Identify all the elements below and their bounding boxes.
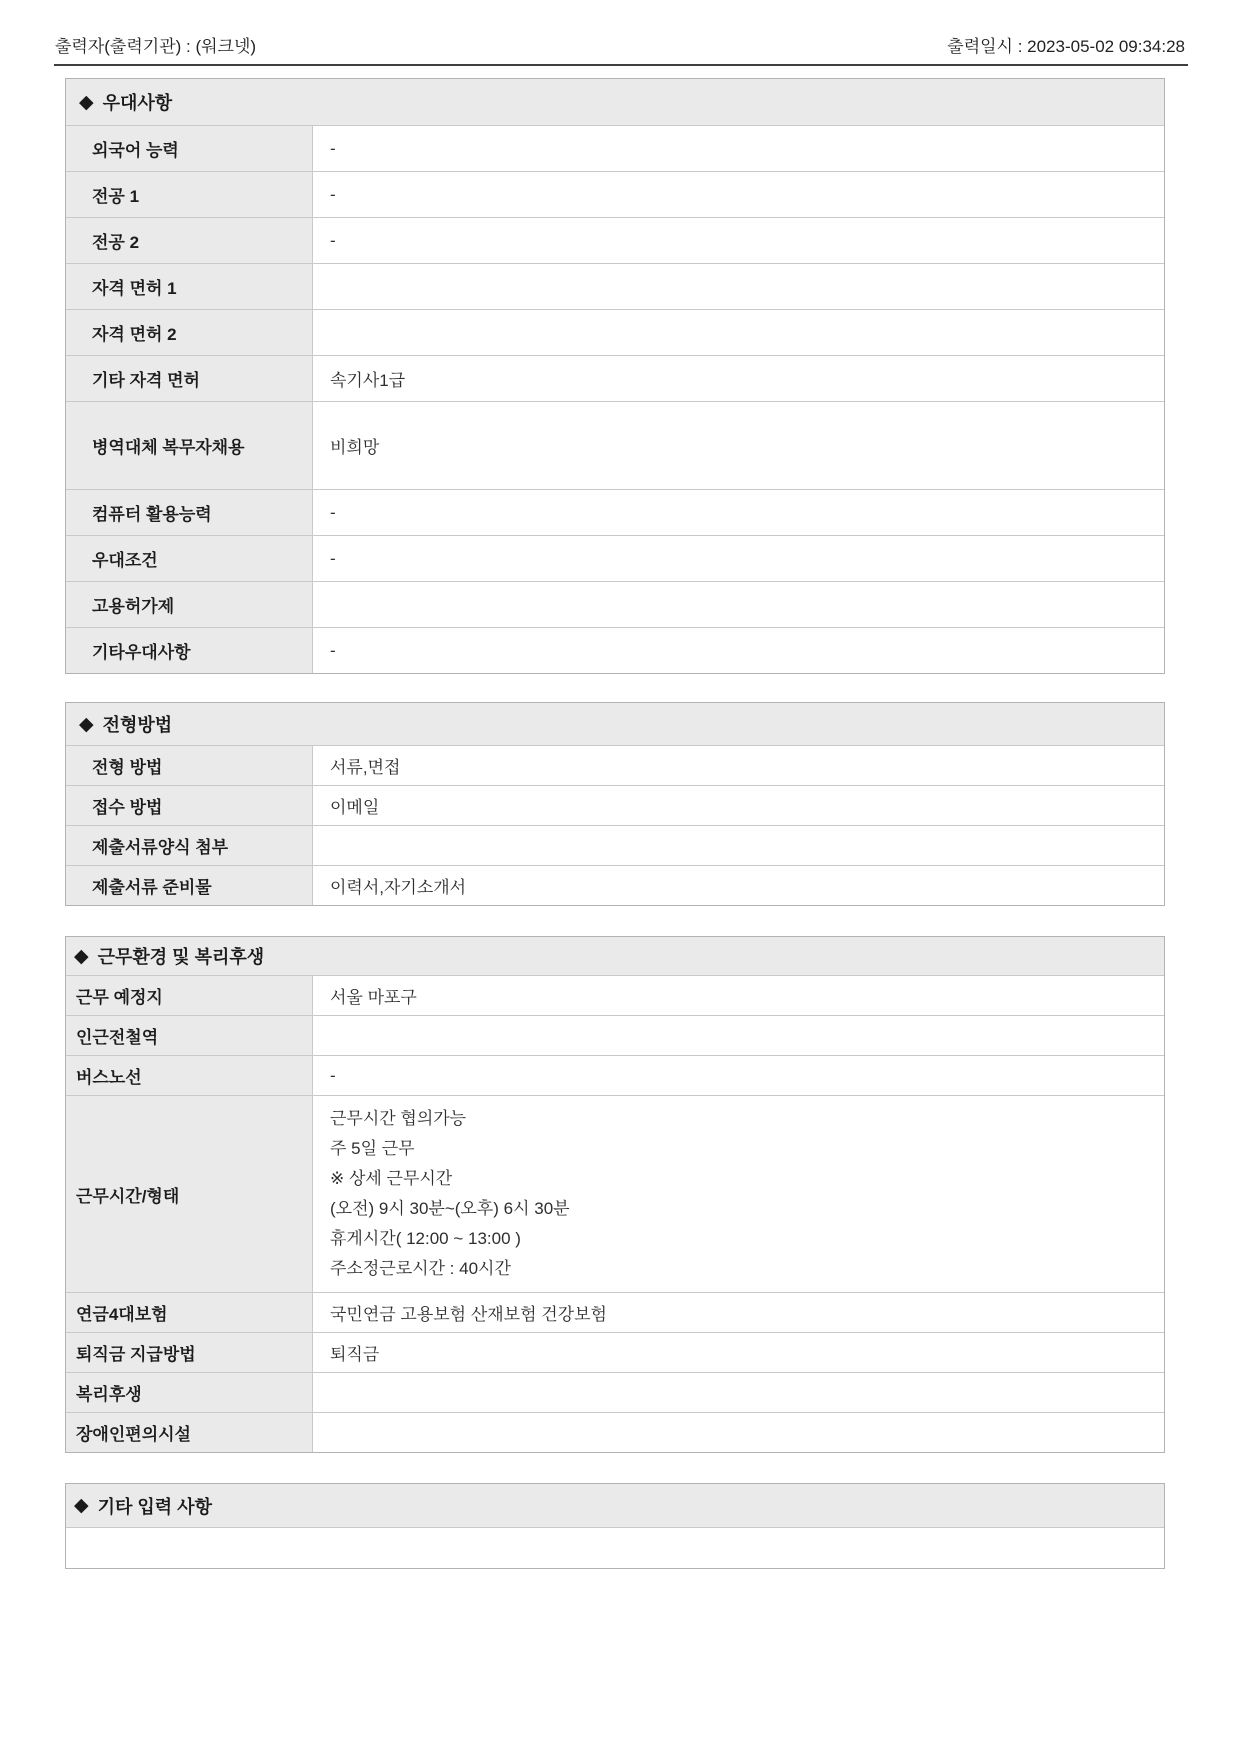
row-value: - xyxy=(313,490,1164,535)
row-label: 외국어 능력 xyxy=(66,126,313,171)
row-label: 자격 면허 1 xyxy=(66,264,313,309)
row-value: 퇴직금 xyxy=(313,1333,1164,1372)
section-title: ◆ 근무환경 및 복리후생 xyxy=(66,937,1164,975)
row-value xyxy=(313,1373,1164,1412)
row-value: 비희망 xyxy=(313,402,1164,489)
work-hours-line: (오전) 9시 30분~(오후) 6시 30분 xyxy=(330,1194,1164,1224)
work-hours-line: 휴게시간( 12:00 ~ 13:00 ) xyxy=(330,1224,1164,1254)
row-label: 버스노선 xyxy=(66,1056,313,1095)
row-label: 연금4대보험 xyxy=(66,1293,313,1332)
printed-at-text: 출력일시 : 2023-05-02 09:34:28 xyxy=(947,32,1185,57)
row-label: 인근전철역 xyxy=(66,1016,313,1055)
row-value: 근무시간 협의가능 주 5일 근무 ※ 상세 근무시간 (오전) 9시 30분~… xyxy=(313,1096,1164,1292)
row-label: 근무시간/형태 xyxy=(66,1096,313,1292)
table-row: 버스노선 - xyxy=(66,1055,1164,1095)
table-row: 인근전철역 xyxy=(66,1015,1164,1055)
row-value xyxy=(66,1528,1164,1568)
section-other-input: ◆ 기타 입력 사항 xyxy=(65,1483,1165,1569)
table-row: 제출서류 준비물 이력서,자기소개서 xyxy=(66,865,1164,905)
row-label: 자격 면허 2 xyxy=(66,310,313,355)
printed-by-text: 출력자(출력기관) : (워크넷) xyxy=(55,32,256,57)
section-work-environment: ◆ 근무환경 및 복리후생 근무 예정지 서울 마포구 인근전철역 버스노선 -… xyxy=(65,936,1165,1453)
row-value: - xyxy=(313,1056,1164,1095)
section-title: ◆ 기타 입력 사항 xyxy=(66,1484,1164,1527)
table-row: 외국어 능력 - xyxy=(66,125,1164,171)
table-row: 컴퓨터 활용능력 - xyxy=(66,489,1164,535)
table-row: 장애인편의시설 xyxy=(66,1412,1164,1452)
page-header: 출력자(출력기관) : (워크넷) 출력일시 : 2023-05-02 09:3… xyxy=(55,32,1185,57)
row-label: 장애인편의시설 xyxy=(66,1413,313,1452)
row-value xyxy=(313,826,1164,865)
table-row: 병역대체 복무자채용 비희망 xyxy=(66,401,1164,489)
row-label: 전형 방법 xyxy=(66,746,313,785)
work-hours-line: 주 5일 근무 xyxy=(330,1134,1164,1164)
row-label: 복리후생 xyxy=(66,1373,313,1412)
table-row: 우대조건 - xyxy=(66,535,1164,581)
row-value: - xyxy=(313,126,1164,171)
row-label: 병역대체 복무자채용 xyxy=(66,402,313,489)
row-label: 퇴직금 지급방법 xyxy=(66,1333,313,1372)
table-row: 전형 방법 서류,면접 xyxy=(66,745,1164,785)
diamond-icon: ◆ xyxy=(79,91,94,114)
table-row: 기타우대사항 - xyxy=(66,627,1164,673)
row-value: 이력서,자기소개서 xyxy=(313,866,1164,905)
row-label: 제출서류 준비물 xyxy=(66,866,313,905)
row-value: - xyxy=(313,172,1164,217)
document-body: ◆ 우대사항 외국어 능력 - 전공 1 - 전공 2 - 자격 면허 1 자격… xyxy=(65,78,1165,1569)
diamond-icon: ◆ xyxy=(74,945,89,968)
table-row: 복리후생 xyxy=(66,1372,1164,1412)
row-label: 기타 자격 면허 xyxy=(66,356,313,401)
work-hours-line: ※ 상세 근무시간 xyxy=(330,1164,1164,1194)
section-preferences: ◆ 우대사항 외국어 능력 - 전공 1 - 전공 2 - 자격 면허 1 자격… xyxy=(65,78,1165,674)
section-title-text: 근무환경 및 복리후생 xyxy=(98,943,265,969)
table-row: 접수 방법 이메일 xyxy=(66,785,1164,825)
table-row: 고용허가제 xyxy=(66,581,1164,627)
row-value xyxy=(313,582,1164,627)
table-row: 기타 자격 면허 속기사1급 xyxy=(66,355,1164,401)
table-row xyxy=(66,1527,1164,1568)
row-value: 서류,면접 xyxy=(313,746,1164,785)
row-label: 제출서류양식 첨부 xyxy=(66,826,313,865)
section-title-text: 우대사항 xyxy=(103,89,173,115)
row-label: 근무 예정지 xyxy=(66,976,313,1015)
section-selection-method: ◆ 전형방법 전형 방법 서류,면접 접수 방법 이메일 제출서류양식 첨부 제… xyxy=(65,702,1165,906)
row-value xyxy=(313,1016,1164,1055)
table-row: 근무시간/형태 근무시간 협의가능 주 5일 근무 ※ 상세 근무시간 (오전)… xyxy=(66,1095,1164,1292)
row-value xyxy=(313,310,1164,355)
table-row: 근무 예정지 서울 마포구 xyxy=(66,975,1164,1015)
row-label: 고용허가제 xyxy=(66,582,313,627)
table-row: 자격 면허 1 xyxy=(66,263,1164,309)
row-value: - xyxy=(313,628,1164,673)
row-value: 이메일 xyxy=(313,786,1164,825)
row-value: - xyxy=(313,218,1164,263)
work-hours-line: 근무시간 협의가능 xyxy=(330,1104,1164,1134)
row-value xyxy=(313,1413,1164,1452)
row-value: 속기사1급 xyxy=(313,356,1164,401)
row-label: 접수 방법 xyxy=(66,786,313,825)
table-row: 전공 1 - xyxy=(66,171,1164,217)
table-row: 자격 면허 2 xyxy=(66,309,1164,355)
row-label: 전공 2 xyxy=(66,218,313,263)
row-value xyxy=(313,264,1164,309)
row-value: 국민연금 고용보험 산재보험 건강보험 xyxy=(313,1293,1164,1332)
row-label: 전공 1 xyxy=(66,172,313,217)
table-row: 연금4대보험 국민연금 고용보험 산재보험 건강보험 xyxy=(66,1292,1164,1332)
row-label: 우대조건 xyxy=(66,536,313,581)
section-title: ◆ 우대사항 xyxy=(66,79,1164,125)
table-row: 전공 2 - xyxy=(66,217,1164,263)
row-label: 컴퓨터 활용능력 xyxy=(66,490,313,535)
row-value: - xyxy=(313,536,1164,581)
diamond-icon: ◆ xyxy=(74,1494,89,1517)
section-title-text: 전형방법 xyxy=(103,711,173,737)
row-value: 서울 마포구 xyxy=(313,976,1164,1015)
work-hours-line: 주소정근로시간 : 40시간 xyxy=(330,1254,1164,1284)
table-row: 퇴직금 지급방법 퇴직금 xyxy=(66,1332,1164,1372)
header-divider xyxy=(54,64,1188,66)
table-row: 제출서류양식 첨부 xyxy=(66,825,1164,865)
section-title: ◆ 전형방법 xyxy=(66,703,1164,745)
row-label: 기타우대사항 xyxy=(66,628,313,673)
section-title-text: 기타 입력 사항 xyxy=(98,1493,212,1519)
diamond-icon: ◆ xyxy=(79,713,94,736)
